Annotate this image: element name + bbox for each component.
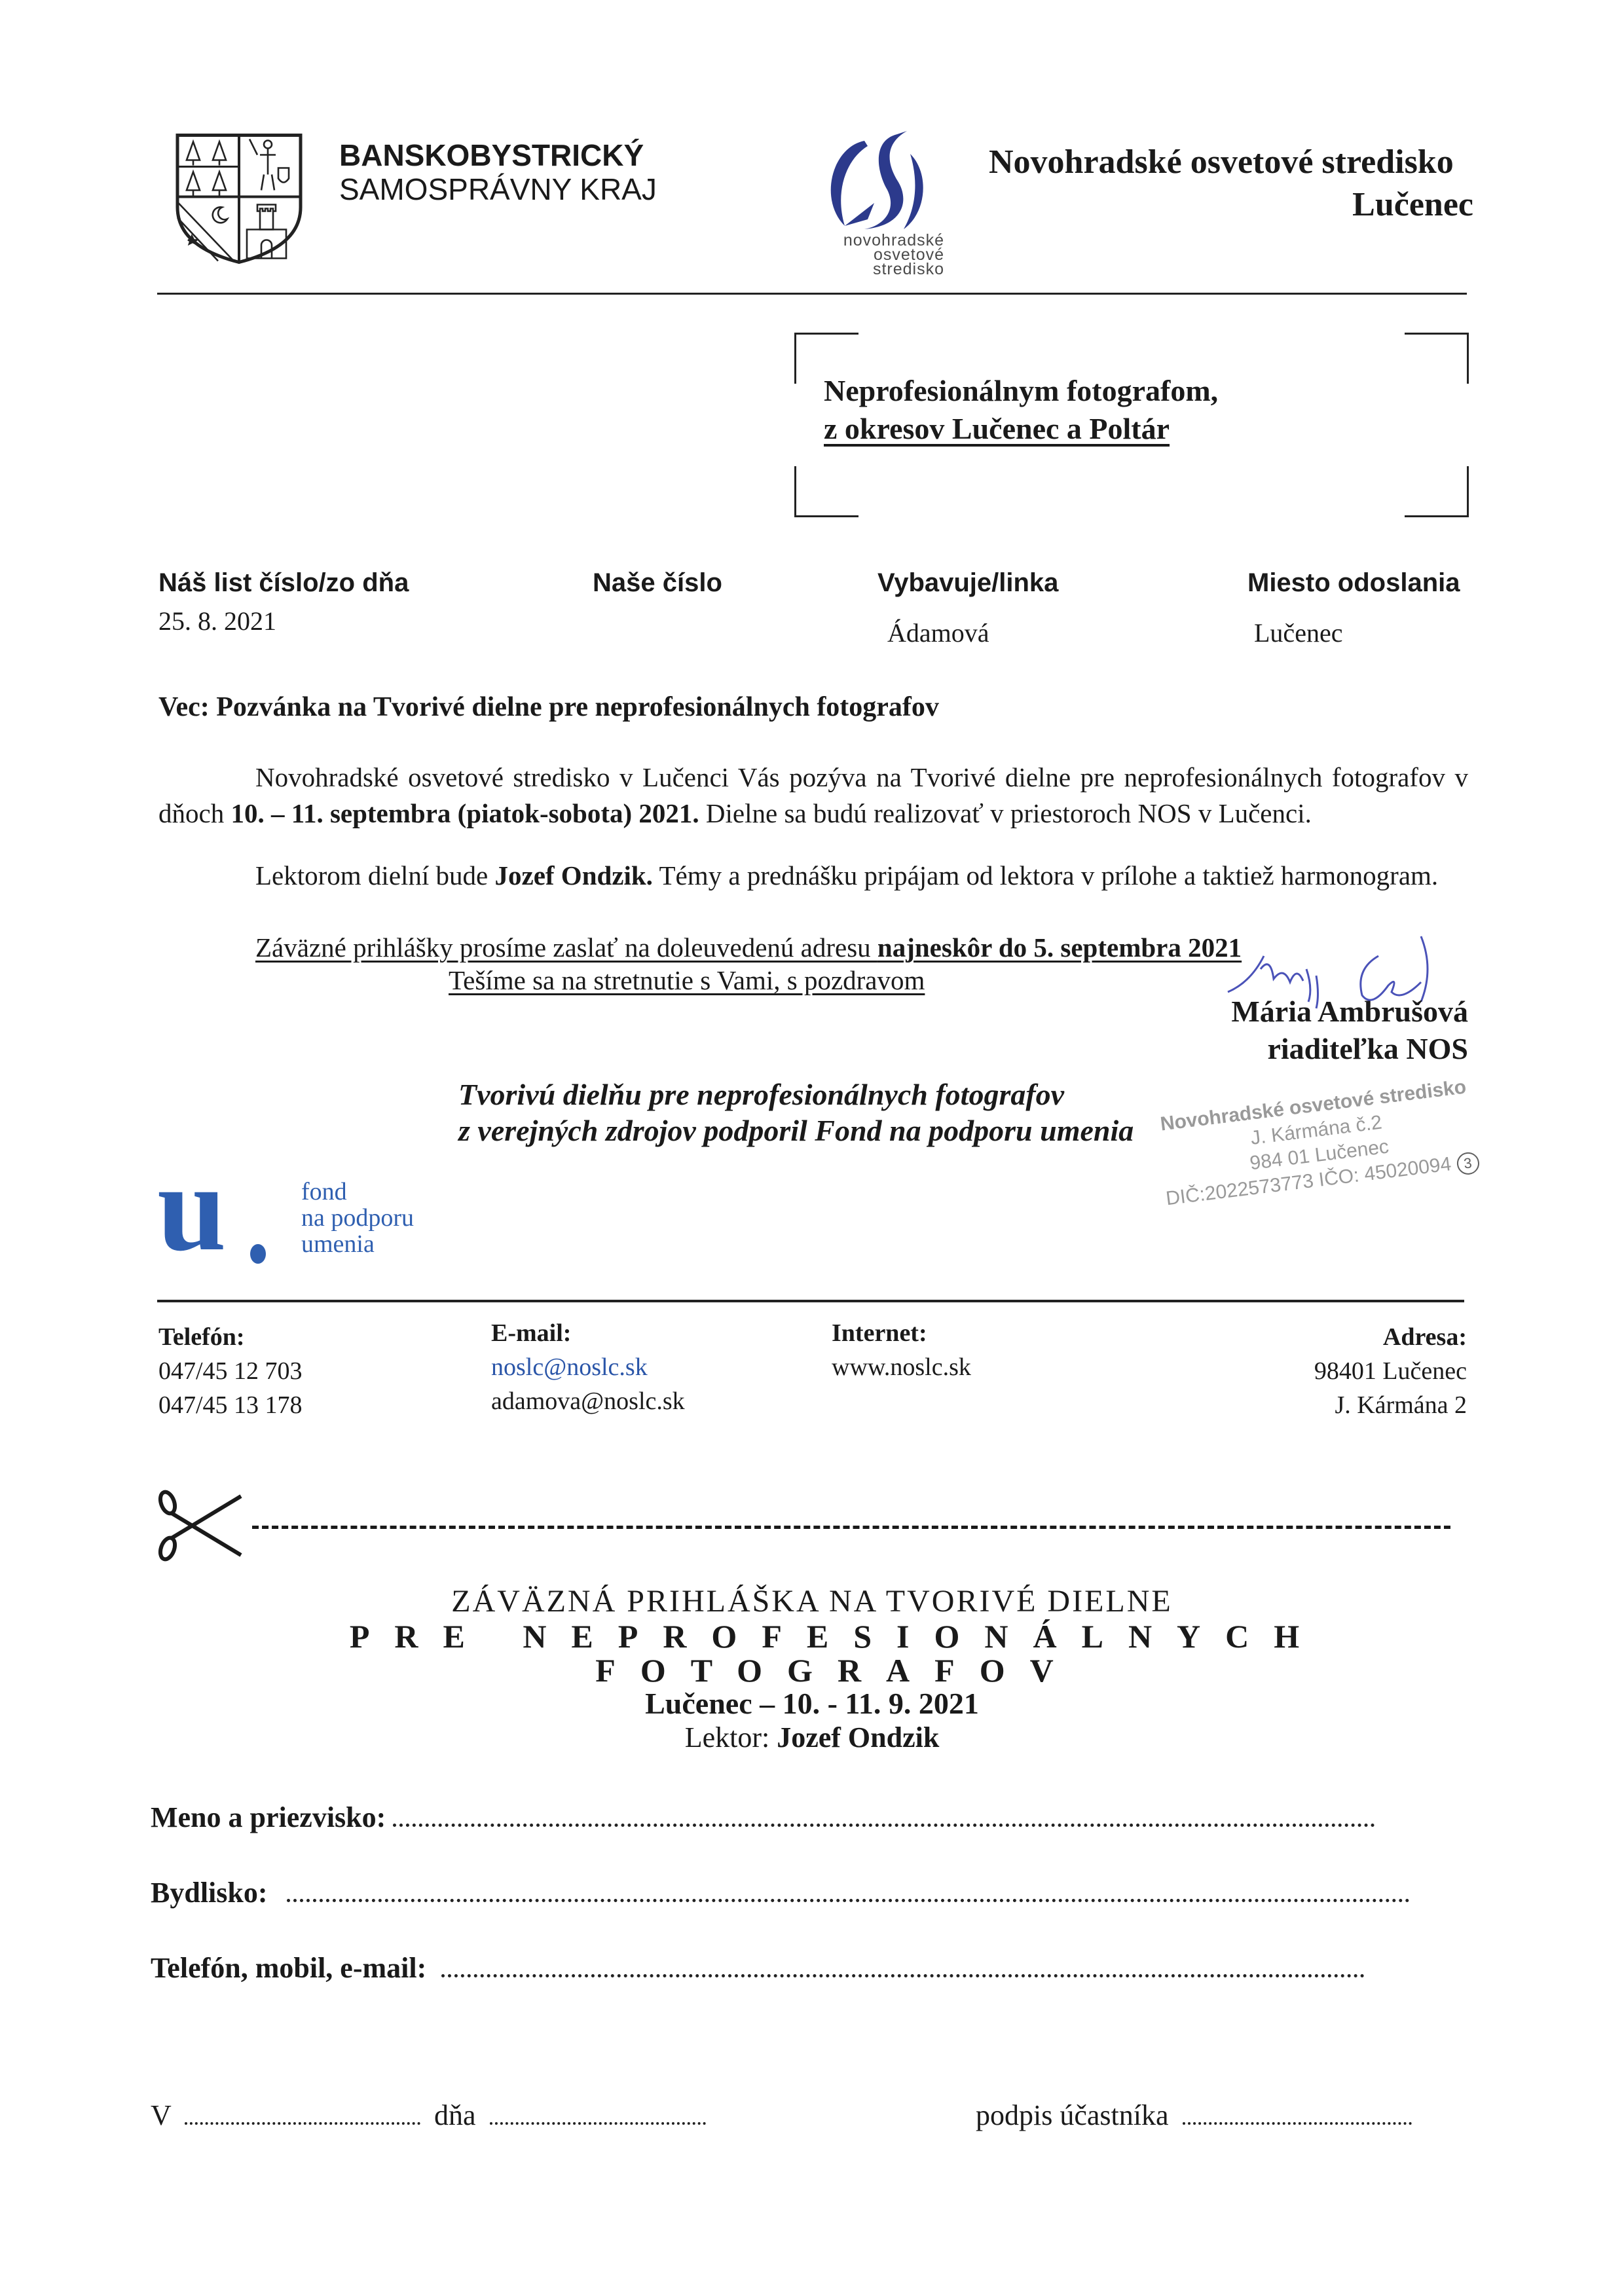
ref-value-handled-by: Ádamová — [887, 617, 989, 648]
field-residence: Bydlisko: — [151, 1876, 1410, 1909]
fpu-logo-dot-icon — [250, 1244, 266, 1264]
ref-header-our-letter: Náš list číslo/zo dňa — [158, 568, 409, 598]
header-divider — [157, 293, 1467, 295]
funding-line1: Tvorivú dielňu pre neprofesionálnych fot… — [458, 1077, 1064, 1112]
contact-phone-2: 047/45 13 178 — [158, 1388, 303, 1422]
footer-divider — [157, 1300, 1464, 1302]
address-corner-tr — [1405, 333, 1469, 384]
stamp-number-badge: 3 — [1456, 1151, 1481, 1176]
subject-line: Vec: Pozvánka na Tvorivé dielne pre nepr… — [158, 691, 939, 723]
org-city: Lučenec — [1352, 185, 1473, 224]
official-stamp: Novohradské osvetové stredisko J. Kármán… — [1153, 1074, 1483, 1212]
participant-signature-line: podpis účastníka — [976, 2099, 1412, 2132]
participant-signature-input[interactable] — [1183, 2112, 1412, 2125]
body-paragraph-2: Lektorom dielní bude Jozef Ondzik. Témy … — [158, 858, 1468, 894]
date-input[interactable] — [490, 2112, 706, 2125]
form-title-date: Lučenec – 10. - 11. 9. 2021 — [0, 1686, 1624, 1721]
place-date-line: V dňa — [151, 2099, 706, 2132]
fpu-logo-letter: u — [157, 1146, 227, 1270]
cut-line — [252, 1526, 1450, 1529]
contact-address-label: Adresa: — [1383, 1323, 1467, 1351]
body-greeting: Tešíme sa na stretnutie s Vami, s pozdra… — [449, 963, 925, 999]
form-title-1: ZÁVÄZNÁ PRIHLÁŠKA NA TVORIVÉ DIELNE — [0, 1583, 1624, 1619]
field-name: Meno a priezvisko: — [151, 1801, 1375, 1834]
scissors-icon — [157, 1490, 242, 1562]
nos-logo-text-3: stredisko — [805, 262, 944, 276]
region-name-line1: BANSKOBYSTRICKÝ — [339, 138, 644, 173]
coat-of-arms-icon — [174, 131, 304, 265]
org-name: Novohradské osvetové stredisko — [989, 143, 1454, 181]
ref-value-place: Lučenec — [1254, 617, 1342, 648]
contact-address-1: 98401 Lučenec — [1314, 1354, 1467, 1388]
form-title-3: FOTOGRAFOV — [0, 1651, 1624, 1689]
form-lector: Lektor: Jozef Ondzik — [0, 1721, 1624, 1754]
contact-phone-label: Telefón: — [158, 1323, 245, 1351]
field-residence-input[interactable] — [287, 1886, 1410, 1902]
fpu-logo-text-3: umenia — [301, 1231, 414, 1257]
fpu-logo-text-1: fond — [301, 1179, 414, 1205]
signatory-title: riaditeľka NOS — [1267, 1031, 1468, 1066]
contact-address-2: J. Kármána 2 — [1314, 1388, 1467, 1422]
contact-internet-label: Internet: — [832, 1319, 927, 1348]
nos-logo: novohradské osvetové stredisko — [805, 128, 963, 278]
funding-line2: z verejných zdrojov podporil Fond na pod… — [458, 1113, 1134, 1148]
ref-header-handled-by: Vybavuje/linka — [877, 568, 1058, 598]
contact-email-2: adamova@noslc.sk — [491, 1384, 685, 1418]
nos-logo-icon — [805, 128, 963, 232]
place-input[interactable] — [185, 2112, 420, 2125]
body-deadline: Záväzné prihlášky prosíme zaslať na dole… — [255, 930, 1242, 966]
ref-header-place: Miesto odoslania — [1247, 568, 1460, 598]
contact-phone-1: 047/45 12 703 — [158, 1354, 303, 1388]
body-paragraph-1: Novohradské osvetové stredisko v Lučenci… — [158, 760, 1468, 832]
ref-header-our-number: Naše číslo — [593, 568, 722, 598]
fpu-logo-text-2: na podporu — [301, 1205, 414, 1231]
field-name-input[interactable] — [393, 1810, 1375, 1827]
form-title-2: PRE NEPROFESIONÁLNYCH — [0, 1617, 1624, 1655]
ref-value-date: 25. 8. 2021 — [158, 606, 276, 636]
signatory-name: Mária Ambrušová — [1231, 994, 1468, 1029]
contact-email-label: E-mail: — [491, 1319, 571, 1348]
address-corner-bl — [794, 466, 858, 517]
address-corner-br — [1405, 466, 1469, 517]
contact-email-link[interactable]: noslc@noslc.sk — [491, 1353, 648, 1381]
region-name-line2: SAMOSPRÁVNY KRAJ — [339, 172, 657, 207]
recipient-line2: z okresov Lučenec a Poltár — [824, 411, 1170, 446]
contact-website: www.noslc.sk — [832, 1350, 971, 1384]
field-contact: Telefón, mobil, e-mail: — [151, 1951, 1365, 1985]
field-contact-input[interactable] — [441, 1961, 1365, 1977]
recipient-line1: Neprofesionálnym fotografom, — [824, 373, 1218, 408]
